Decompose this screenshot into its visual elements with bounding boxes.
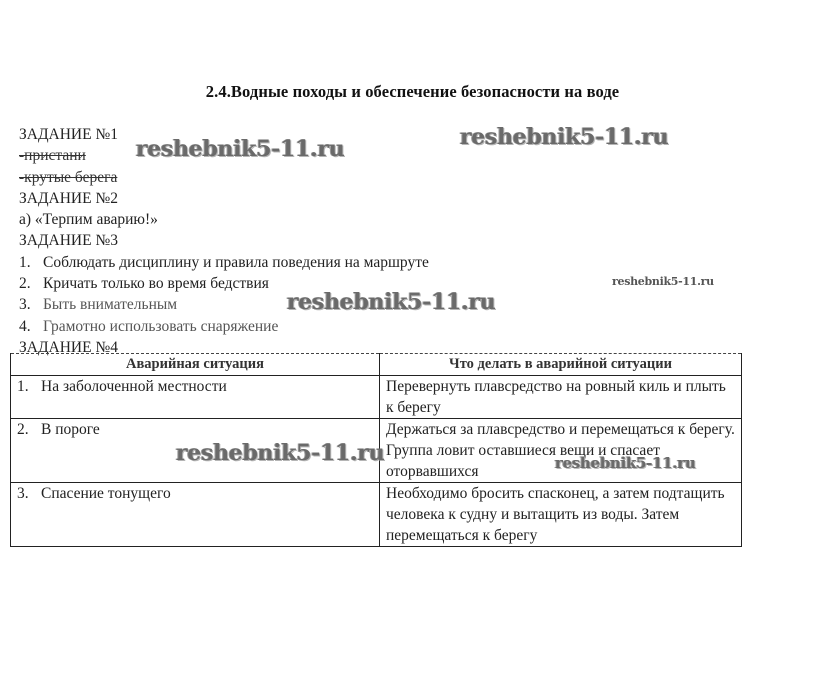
task1-item: -пристани <box>19 145 429 166</box>
situation-text: В пороге <box>41 421 100 438</box>
item-text: Соблюдать дисциплину и правила поведения… <box>43 254 429 271</box>
action-cell: Перевернуть плавсредство на ровный киль … <box>380 376 742 419</box>
row-number: 3. <box>17 483 41 504</box>
item-number: 4. <box>19 316 43 337</box>
task3-heading: ЗАДАНИЕ №3 <box>19 230 429 251</box>
emergency-table: Аварийная ситуация Что делать в аварийно… <box>10 353 742 547</box>
task2-answer: а) «Терпим аварию!» <box>19 209 429 230</box>
watermark: reshebnik5-11.ru <box>460 124 668 150</box>
column-header-situation: Аварийная ситуация <box>11 354 380 376</box>
table-header-row: Аварийная ситуация Что делать в аварийно… <box>11 354 742 376</box>
action-cell: Держаться за плавсредство и перемещаться… <box>380 419 742 483</box>
item-number: 1. <box>19 252 43 273</box>
watermark: reshebnik5-11.ru <box>612 275 714 288</box>
situation-text: Спасение тонущего <box>41 485 171 502</box>
row-number: 1. <box>17 376 41 397</box>
task3-item: 4.Грамотно использовать снаряжение <box>19 316 429 337</box>
item-number: 3. <box>19 294 43 315</box>
situation-cell: 3.Спасение тонущего <box>11 483 380 547</box>
task3-item: 1.Соблюдать дисциплину и правила поведен… <box>19 252 429 273</box>
item-number: 2. <box>19 273 43 294</box>
task3-item: 2.Кричать только во время бедствия <box>19 273 429 294</box>
task2-heading: ЗАДАНИЕ №2 <box>19 188 429 209</box>
situation-cell: 2.В пороге <box>11 419 380 483</box>
situation-text: На заболоченной местности <box>41 378 227 395</box>
row-number: 2. <box>17 419 41 440</box>
task1-heading: ЗАДАНИЕ №1 <box>19 124 429 145</box>
table-row: 3.Спасение тонущего Необходимо бросить с… <box>11 483 742 547</box>
answers-body: ЗАДАНИЕ №1 -пристани -крутые берега ЗАДА… <box>19 124 429 358</box>
action-cell: Необходимо бросить спасконец, а затем по… <box>380 483 742 547</box>
item-text: Быть внимательным <box>43 296 177 313</box>
item-text: Кричать только во время бедствия <box>43 275 269 292</box>
column-header-action: Что делать в аварийной ситуации <box>380 354 742 376</box>
table-row: 2.В пороге Держаться за плавсредство и п… <box>11 419 742 483</box>
page-title: 2.4.Водные походы и обеспечение безопасн… <box>0 82 825 102</box>
task1-item: -крутые берега <box>19 167 429 188</box>
situation-cell: 1.На заболоченной местности <box>11 376 380 419</box>
task3-item: 3.Быть внимательным <box>19 294 429 315</box>
table-row: 1.На заболоченной местности Перевернуть … <box>11 376 742 419</box>
item-text: Грамотно использовать снаряжение <box>43 318 278 335</box>
